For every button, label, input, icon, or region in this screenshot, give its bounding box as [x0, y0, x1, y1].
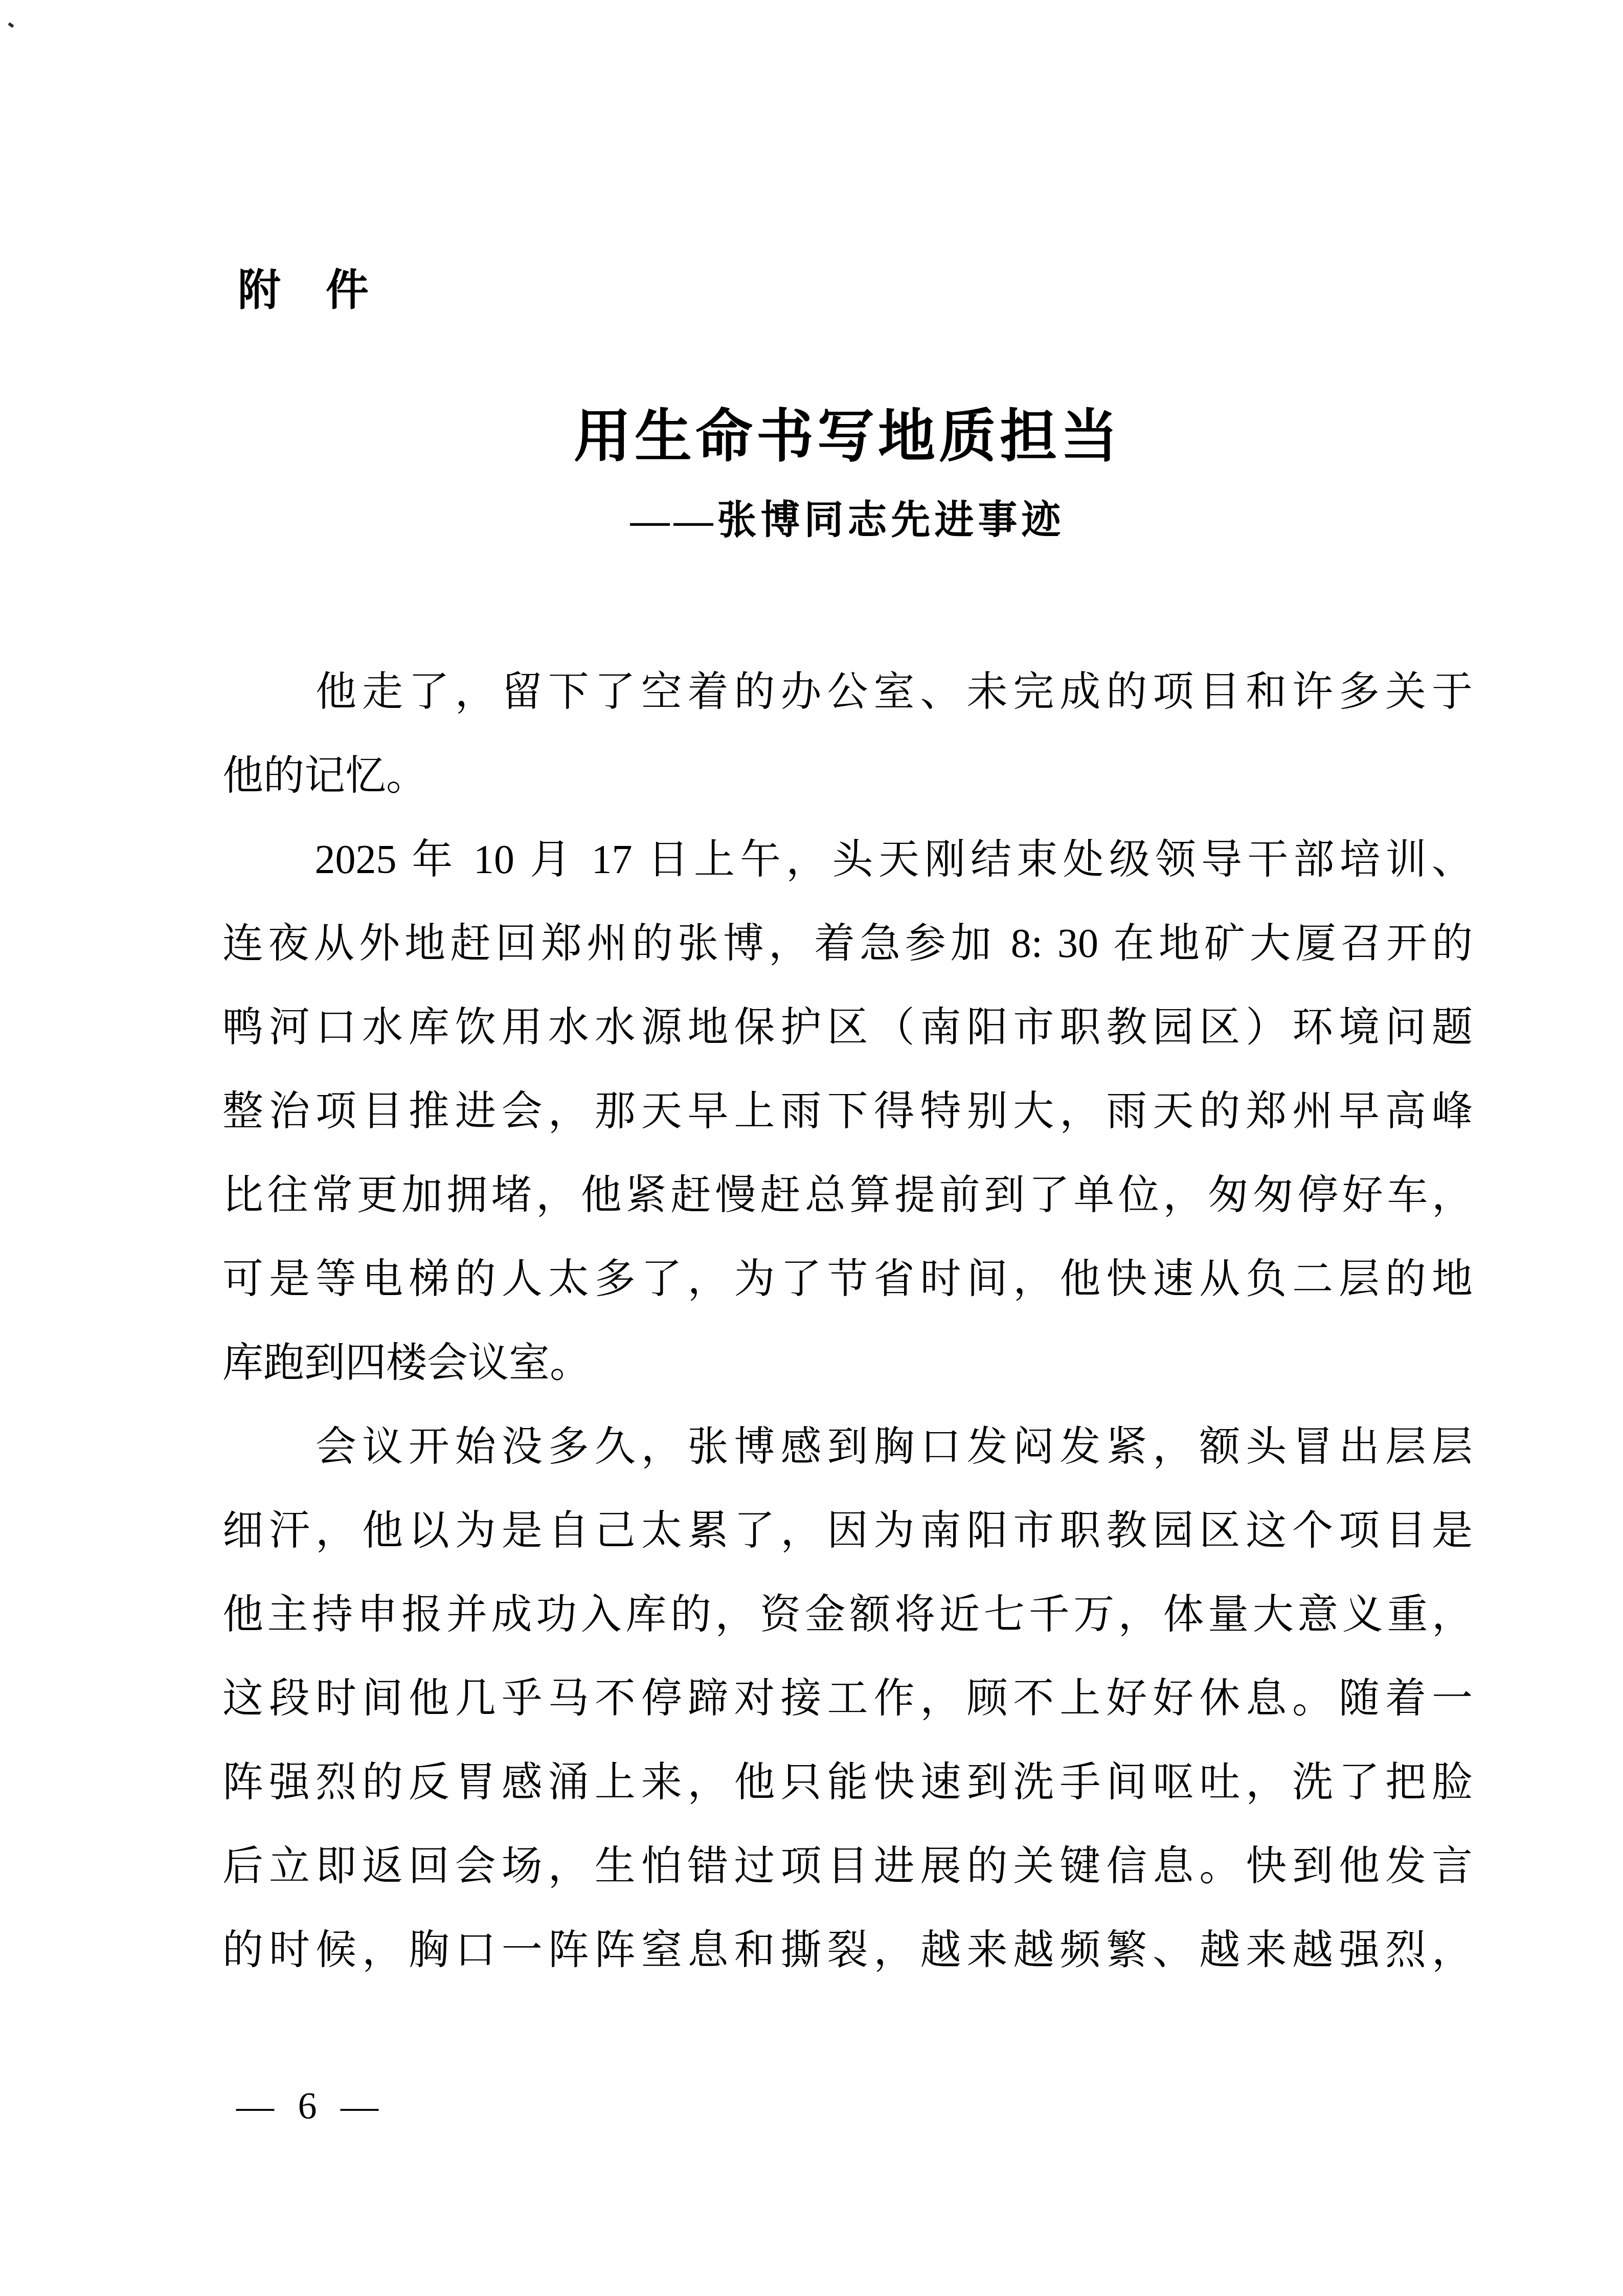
document-subtitle: ——张博同志先进事迹 [222, 492, 1473, 548]
body-line: 鸭河口水库饮用水水源地保护区（南阳市职教园区）环境问题 [222, 986, 1473, 1069]
body-line: 他走了，留下了空着的办公室、未完成的项目和许多关于 [222, 650, 1473, 734]
body-line: 后立即返回会场，生怕错过项目进展的关键信息。快到他发言 [222, 1824, 1473, 1908]
page-number: — 6 — [236, 2078, 386, 2134]
body-line: 2025 年 10 月 17 日上午，头天刚结束处级领导干部培训、 [222, 818, 1473, 902]
attachment-label: 附 件 [238, 262, 370, 318]
document-page: 附 件 用生命书写地质担当 ——张博同志先进事迹 他走了，留下了空着的办公室、未… [0, 0, 1623, 2296]
body-line: 这段时间他几乎马不停蹄对接工作，顾不上好好休息。随着一 [222, 1657, 1473, 1741]
body-line: 连夜从外地赶回郑州的张博，着急参加 8: 30 在地矿大厦召开的 [222, 902, 1473, 986]
body-line: 库跑到四楼会议室。 [222, 1321, 1473, 1405]
body-line: 可是等电梯的人太多了，为了节省时间，他快速从负二层的地 [222, 1237, 1473, 1321]
body-line: 阵强烈的反胃感涌上来，他只能快速到洗手间呕吐，洗了把脸 [222, 1741, 1473, 1824]
body-line: 细汗，他以为是自己太累了，因为南阳市职教园区这个项目是 [222, 1489, 1473, 1573]
document-body: 他走了，留下了空着的办公室、未完成的项目和许多关于他的记忆。 2025 年 10… [222, 650, 1473, 1992]
document-title: 用生命书写地质担当 [222, 399, 1473, 476]
body-line: 比往常更加拥堵，他紧赶慢赶总算提前到了单位，匆匆停好车， [222, 1153, 1473, 1237]
body-line: 整治项目推进会，那天早上雨下得特别大，雨天的郑州早高峰 [222, 1069, 1473, 1153]
body-line: 的时候，胸口一阵阵窒息和撕裂，越来越频繁、越来越强烈， [222, 1908, 1473, 1992]
body-line: 他主持申报并成功入库的，资金额将近七千万，体量大意义重， [222, 1573, 1473, 1657]
body-line: 他的记忆。 [222, 734, 1473, 818]
scan-artifact [8, 22, 14, 28]
body-line: 会议开始没多久，张博感到胸口发闷发紧，额头冒出层层 [222, 1405, 1473, 1489]
